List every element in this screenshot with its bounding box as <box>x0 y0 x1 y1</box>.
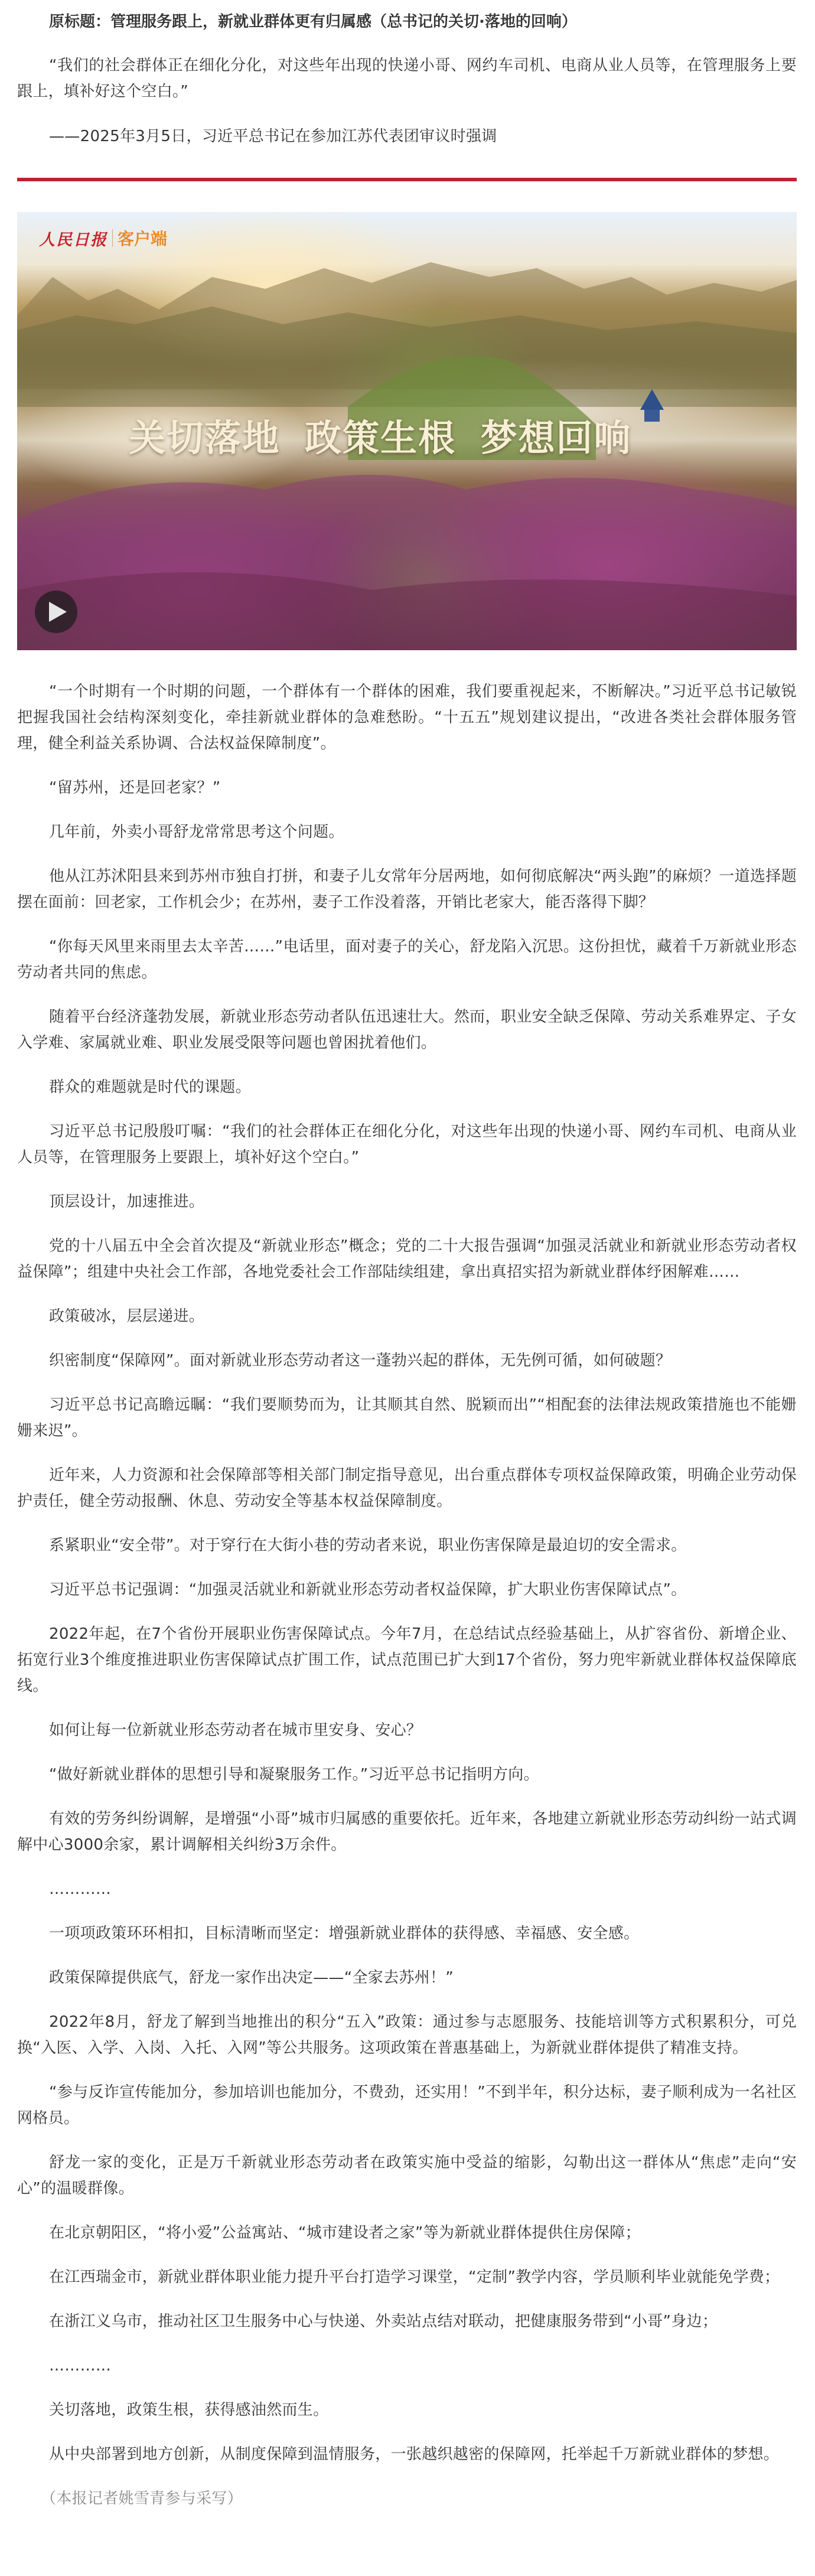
logo-separator <box>112 229 113 247</box>
article-body: “一个时期有一个时期的问题，一个群体有一个群体的困难，我们要重视起来，不断解决。… <box>17 679 797 2467</box>
article-paragraph: 在江西瑞金市，新就业群体职业能力提升平台打造学习课堂，“定制”教学内容，学员顺利… <box>17 2264 797 2290</box>
original-title: 原标题：管理服务跟上，新就业群体更有归属感（总书记的关切·落地的回响） <box>17 0 797 35</box>
article-paragraph: 2022年起，在7个省份开展职业伤害保障试点。今年7月，在总结试点经验基础上，从… <box>17 1621 797 1699</box>
article-paragraph: ………… <box>17 1876 797 1902</box>
red-divider <box>17 178 797 181</box>
article-paragraph: 政策破冰，层层递进。 <box>17 1303 797 1329</box>
logo-brand: 人民日报 <box>39 227 107 250</box>
article-paragraph: 舒龙一家的变化，正是万千新就业形态劳动者在政策实施中受益的缩影，勾勒出这一群体从… <box>17 2150 797 2202</box>
article-paragraph: 2022年8月，舒龙了解到当地推出的积分“五入”政策：通过参与志愿服务、技能培训… <box>17 2009 797 2061</box>
article-paragraph: 从中央部署到地方创新，从制度保障到温情服务，一张越织越密的保障网，托举起千万新就… <box>17 2441 797 2467</box>
article-paragraph: 习近平总书记高瞻远瞩：“我们要顺势而为，让其顺其自然、脱颖而出”“相配套的法律法… <box>17 1392 797 1444</box>
article-paragraph: 几年前，外卖小哥舒龙常常思考这个问题。 <box>17 819 797 845</box>
video-player[interactable]: 人民日报 客户端 关切落地 政策生根 梦想回响 <box>17 212 797 650</box>
media-logo: 人民日报 客户端 <box>39 226 167 250</box>
article-paragraph: “你每天风里来雨里去太辛苦……”电话里，面对妻子的关心，舒龙陷入沉思。这份担忧，… <box>17 934 797 986</box>
reporter-credit: （本报记者姚雪青参与采写） <box>17 2486 797 2512</box>
article-paragraph: 近年来，人力资源和社会保障部等相关部门制定指导意见，出台重点群体专项权益保障政策… <box>17 1462 797 1514</box>
article-paragraph: “一个时期有一个时期的问题，一个群体有一个群体的困难，我们要重视起来，不断解决。… <box>17 679 797 757</box>
article-paragraph: 有效的劳务纠纷调解，是增强“小哥”城市归属感的重要依托。近年来，各地建立新就业形… <box>17 1806 797 1858</box>
quote-source: ——2025年3月5日，习近平总书记在参加江苏代表团审议时强调 <box>17 123 797 149</box>
article-paragraph: 顶层设计，加速推进。 <box>17 1189 797 1215</box>
article-paragraph: 关切落地，政策生根，获得感油然而生。 <box>17 2397 797 2423</box>
article-paragraph: 一项项政策环环相扣，目标清晰而坚定：增强新就业群体的获得感、幸福感、安全感。 <box>17 1920 797 1946</box>
article-paragraph: “留苏州，还是回老家？” <box>17 775 797 801</box>
lead-quote: “我们的社会群体正在细化分化，对这些年出现的快递小哥、网约车司机、电商从业人员等… <box>17 53 797 105</box>
article-paragraph: 党的十八届五中全会首次提及“新就业形态”概念；党的二十大报告强调“加强灵活就业和… <box>17 1233 797 1285</box>
play-button[interactable] <box>35 591 77 633</box>
article-paragraph: 随着平台经济蓬勃发展，新就业形态劳动者队伍迅速壮大。然而，职业安全缺乏保障、劳动… <box>17 1004 797 1056</box>
article-paragraph: “做好新就业群体的思想引导和凝聚服务工作。”习近平总书记指明方向。 <box>17 1762 797 1788</box>
article-paragraph: 如何让每一位新就业形态劳动者在城市里安身、安心？ <box>17 1717 797 1743</box>
play-icon <box>48 601 68 622</box>
article-paragraph: 群众的难题就是时代的课题。 <box>17 1074 797 1100</box>
article-paragraph: “参与反诈宣传能加分，参加培训也能加分，不费劲，还实用！”不到半年，积分达标，妻… <box>17 2079 797 2131</box>
article-paragraph: 织密制度“保障网”。面对新就业形态劳动者这一蓬勃兴起的群体，无先例可循，如何破题… <box>17 1348 797 1374</box>
article-paragraph: 在浙江义乌市，推动社区卫生服务中心与快递、外卖站点结对联动，把健康服务带到“小哥… <box>17 2308 797 2334</box>
article-paragraph: 他从江苏沭阳县来到苏州市独自打拼，和妻子儿女常年分居两地，如何彻底解决“两头跑”… <box>17 863 797 915</box>
article-paragraph: 习近平总书记强调：“加强灵活就业和新就业形态劳动者权益保障，扩大职业伤害保障试点… <box>17 1577 797 1603</box>
article-paragraph: 习近平总书记殷殷叮嘱：“我们的社会群体正在细化分化，对这些年出现的快递小哥、网约… <box>17 1119 797 1170</box>
article-paragraph: 政策保障提供底气，舒龙一家作出决定——“全家去苏州！” <box>17 1965 797 1991</box>
article-paragraph: 在北京朝阳区，“将小爱”公益寓站、“城市建设者之家”等为新就业群体提供住房保障； <box>17 2220 797 2246</box>
article-paragraph: ………… <box>17 2353 797 2379</box>
video-overlay-title: 关切落地 政策生根 梦想回响 <box>17 409 797 461</box>
logo-client: 客户端 <box>118 226 167 250</box>
article-paragraph: 系紧职业“安全带”。对于穿行在大街小巷的劳动者来说，职业伤害保障是最迫切的安全需… <box>17 1532 797 1558</box>
article: 原标题：管理服务跟上，新就业群体更有归属感（总书记的关切·落地的回响） “我们的… <box>17 0 797 2512</box>
